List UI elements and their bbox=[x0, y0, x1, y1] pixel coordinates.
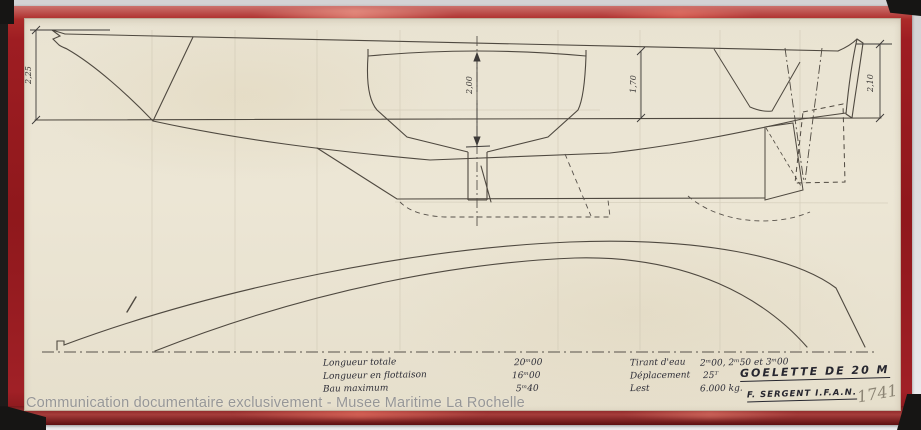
spec-value-deplacement: 25ᵀ bbox=[703, 371, 718, 381]
framed-naval-drawing-photo: 2,25 2,00 1,70 2,10 Longueur totale 20ᵐ0… bbox=[0, 0, 921, 430]
spec-value-longueur-flottaison: 16ᵐ00 bbox=[512, 371, 541, 381]
dim-label-bow: 2,25 bbox=[24, 66, 33, 84]
spec-label-lest: Lest bbox=[630, 384, 650, 394]
photo-edge-left bbox=[0, 16, 8, 430]
dim-label-midship: 2,00 bbox=[465, 76, 474, 94]
spec-label-longueur-flottaison: Longueur en flottaison bbox=[323, 370, 427, 382]
spec-label-bau-maximum: Bau maximum bbox=[323, 383, 389, 394]
spec-value-bau-maximum: 5ᵐ40 bbox=[516, 384, 539, 394]
spec-value-longueur-totale: 20ᵐ00 bbox=[514, 358, 543, 368]
watermark-text: Communication documentaire exclusivement… bbox=[26, 395, 525, 411]
dim-label-aft: 1,70 bbox=[629, 75, 638, 93]
spec-label-longueur-totale: Longueur totale bbox=[323, 357, 396, 368]
spec-value-lest: 6.000 kg. bbox=[700, 384, 743, 395]
frame-clip-top-left bbox=[0, 0, 14, 24]
spec-label-tirant-eau: Tirant d'eau bbox=[630, 358, 686, 369]
drawing-paper bbox=[24, 18, 901, 411]
dim-label-stern: 2,10 bbox=[866, 74, 875, 92]
spec-label-deplacement: Déplacement bbox=[630, 370, 690, 381]
